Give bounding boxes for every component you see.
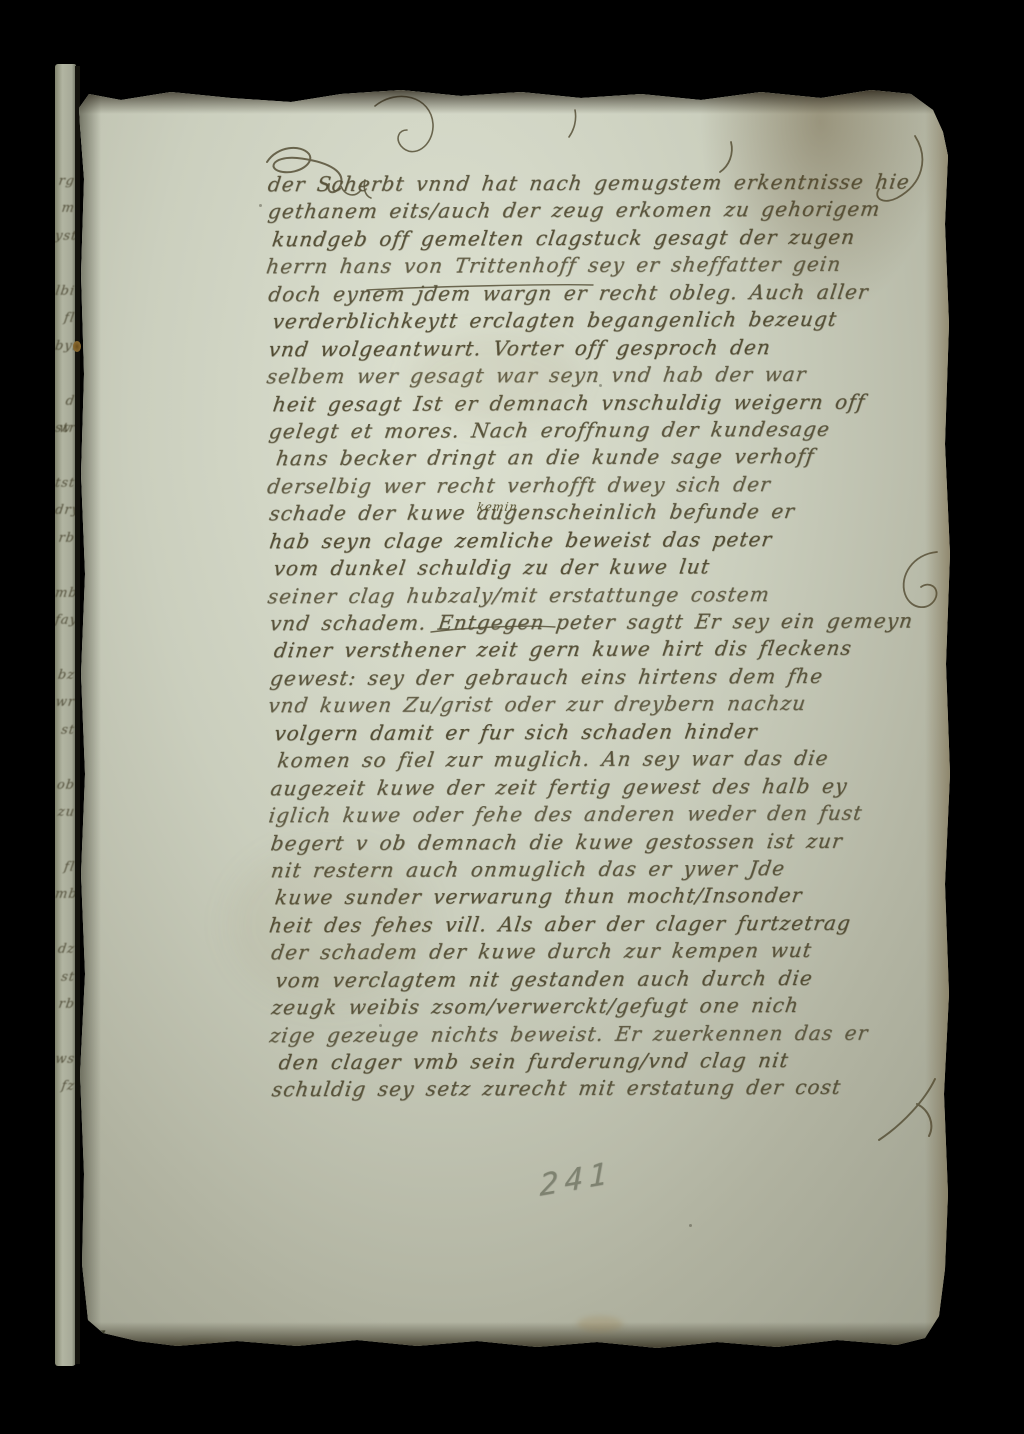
spine-text-fragment — [55, 552, 76, 579]
spine-text-fragment — [55, 909, 76, 936]
spine-text-fragment — [55, 442, 76, 469]
paper-speck — [259, 204, 262, 207]
flourish-stroke — [569, 110, 576, 137]
spine-text-fragment: st — [55, 717, 76, 744]
spine-text-fragment: dz — [55, 936, 76, 963]
manuscript-line: schade der kuwe augenscheinlich befunde … — [268, 498, 952, 528]
spine-text-fragment — [55, 1019, 76, 1046]
spine-text-fragment: ws — [55, 1046, 76, 1073]
spine-text-fragment — [55, 634, 76, 661]
paper-speck — [599, 384, 602, 387]
spine-text-fragment: m — [55, 195, 76, 222]
spine-text-fragment: st — [55, 964, 76, 991]
photograph-background: rgmystlbiflbyld wstrtstdryrbmbrfaybzwrst… — [0, 0, 1024, 1434]
page-number-pencil: 241 — [540, 1155, 614, 1204]
gathering-mark: z — [97, 1326, 106, 1343]
manuscript-line: hans becker dringt an die kunde sage ver… — [274, 443, 951, 473]
manuscript-line: vnd schadem. Entgegen peter sagtt Er sey… — [268, 607, 952, 637]
spine-text-fragment: rg — [55, 168, 76, 195]
stain — [577, 1316, 623, 1332]
spine-text-fragment: mb — [55, 881, 76, 908]
spine-text-fragment: zu — [55, 799, 76, 826]
spine-text-fragment: ob — [55, 772, 76, 799]
paper-speck — [689, 1224, 692, 1227]
flourish-stroke — [720, 142, 732, 172]
manuscript-line: komen so fiel zur muglich. An sey war da… — [276, 745, 953, 775]
manuscript-line: selbem wer gesagt war seyn vnd hab der w… — [265, 361, 951, 391]
stain — [175, 1346, 235, 1376]
spine-text-fragment — [55, 827, 76, 854]
manuscript-line: kuwe sunder verwarung thun mocht/Insonde… — [273, 882, 953, 912]
spine-text-fragment: tst — [55, 470, 76, 497]
manuscript-line: volgern damit er fur sich schaden hinder — [272, 717, 952, 747]
spine-text-fragment: fay — [55, 607, 76, 634]
spine-text-fragment: fl — [55, 854, 76, 881]
manuscript-line: zeugk weibis zsom/verwerckt/gefugt one n… — [270, 992, 954, 1022]
manuscript-line: gewest: sey der gebrauch eins hirtens de… — [268, 662, 952, 692]
manuscript-line: schuldig sey setz zurecht mit erstatung … — [270, 1074, 954, 1104]
manuscript-line: diner versthener zeit gern kuwe hirt dis… — [272, 635, 952, 665]
manuscript-line: gelegt et mores. Nach eroffnung der kund… — [267, 415, 951, 445]
manuscript-line: vnd kuwen Zu/grist oder zur dreybern nac… — [266, 690, 952, 720]
spine-text-fragment: str — [55, 415, 76, 442]
manuscript-line: den clager vmb sein furderung/vnd clag n… — [277, 1046, 954, 1076]
spine-text-fragments: rgmystlbiflbyld wstrtstdryrbmbrfaybzwrst… — [55, 168, 76, 1101]
manuscript-line: hab seyn clage zemliche beweist das pete… — [268, 525, 952, 555]
manuscript-line: vom verclagtem nit gestanden auch durch … — [274, 964, 954, 994]
manuscript-line: der Scherbt vnnd hat nach gemugstem erke… — [266, 169, 950, 199]
manuscript-line: nit restern auch onmuglich das er ywer J… — [269, 854, 953, 884]
manuscript-line: vom dunkel schuldig zu der kuwe lut — [272, 553, 952, 583]
spine-text-fragment: rb — [55, 991, 76, 1018]
manuscript-line: heit gesagt Ist er demnach vnschuldig we… — [271, 388, 951, 418]
spine-text-fragment: fz — [55, 1073, 76, 1100]
paper-speck — [379, 1024, 382, 1027]
manuscript-line: zige gezeuge nichts beweist. Er zuerkenn… — [268, 1019, 954, 1049]
manuscript-line: kundgeb off gemelten clagstuck gesagt de… — [270, 223, 950, 253]
spine-text-fragment: lbi — [55, 278, 76, 305]
spine-text-fragment: wr — [55, 689, 76, 716]
interlinear-insertion: kemin — [476, 500, 519, 514]
manuscript-line: doch eynem jdem wargn er recht obleg. Au… — [267, 278, 951, 308]
spine-text-fragment: mbr — [55, 580, 76, 607]
spine-text-fragment — [55, 360, 76, 387]
spine-text-fragment — [55, 744, 76, 771]
manuscript-line: verderblichkeytt erclagten begangenlich … — [271, 306, 951, 336]
wormhole-stain — [73, 341, 81, 352]
spine-shadow-gap — [75, 66, 80, 1364]
spine-text-fragment: bz — [55, 662, 76, 689]
previous-page-edge: rgmystlbiflbyld wstrtstdryrbmbrfaybzwrst… — [55, 64, 76, 1366]
spine-text-fragment: rb — [55, 525, 76, 552]
spine-text-fragment: d w — [55, 388, 76, 415]
manuscript-line: begert v ob demnach die kuwe gestossen i… — [269, 827, 953, 857]
flourish-stroke — [375, 96, 433, 151]
manuscript-line: vnd wolgeantwurt. Vorter off gesproch de… — [267, 333, 951, 363]
manuscript-line: derselbig wer recht verhofft dwey sich d… — [265, 470, 951, 500]
spine-text-fragment: yst — [55, 223, 76, 250]
spine-text-fragment: dry — [55, 497, 76, 524]
manuscript-line: heit des fehes vill. Als aber der clager… — [267, 909, 953, 939]
spine-text-fragment — [55, 250, 76, 277]
manuscript-page: der Scherbt vnnd hat nach gemugstem erke… — [79, 84, 951, 1350]
manuscript-line: augezeit kuwe der zeit fertig gewest des… — [269, 772, 953, 802]
manuscript-line: herrn hans von Trittenhoff sey er sheffa… — [264, 251, 950, 281]
manuscript-line: der schadem der kuwe durch zur kempen wu… — [269, 937, 953, 967]
manuscript-line: seiner clag hubzaly/mit erstattunge cost… — [266, 580, 952, 610]
manuscript-line: iglich kuwe oder fehe des anderen weder … — [267, 800, 953, 830]
manuscript-line: gethanem eits/auch der zeug erkomen zu g… — [266, 196, 950, 226]
manuscript-text-block: der Scherbt vnnd hat nach gemugstem erke… — [266, 169, 950, 1105]
spine-text-fragment: fl — [55, 305, 76, 332]
